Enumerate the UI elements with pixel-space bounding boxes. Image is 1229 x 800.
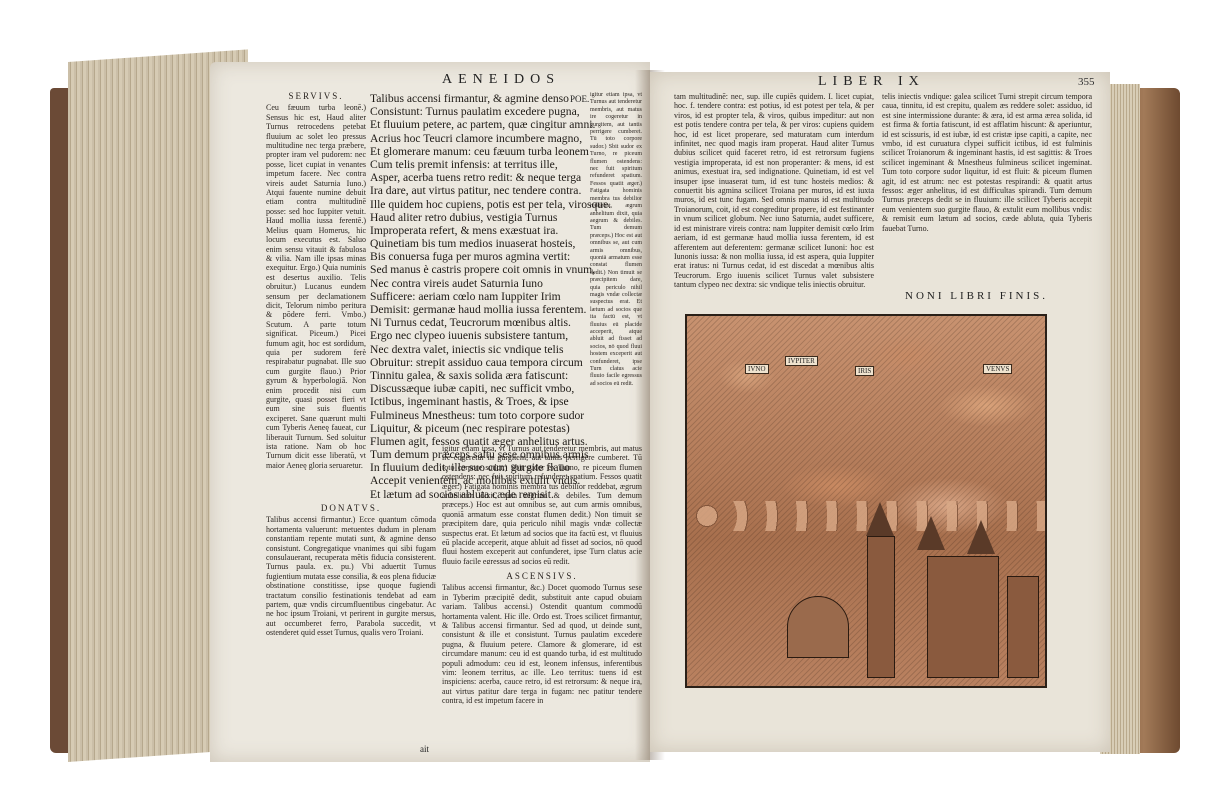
- verse-line: Acrius hoc Teucri clamore incumbere magn…: [370, 132, 611, 145]
- verse-line: Sufficere: aeriam cœlo nam Iuppiter Irim: [370, 290, 611, 303]
- verse-line: Sed manus è castris propere coit omnis i…: [370, 263, 611, 276]
- verse-line: Liquitur, & piceum (nec respirare potest…: [370, 422, 611, 435]
- verse-line: Asper, acerba tuens retro redit: & neque…: [370, 171, 611, 184]
- verse-line: Haud aliter retro dubius, vestigia Turnu…: [370, 211, 611, 224]
- margin-note-poe: POE.: [570, 94, 589, 104]
- verse-line: Ni Turnus cedat, Teucrorum mœnibus altis…: [370, 316, 611, 329]
- verse-line: Consistunt: Turnus paulatim excedere pug…: [370, 105, 611, 118]
- donatus-commentary: DONATVS. Talibus accensi firmantur.) Ecc…: [266, 502, 436, 742]
- verse-line: Obruitur: strepit assiduo caua tempora c…: [370, 356, 611, 369]
- woodcut-tower: [867, 536, 895, 678]
- right-commentary-right-column: telis iniectis vndique: galea scilicet T…: [882, 92, 1092, 282]
- verse-line: Improperata refert, & mens exæstuat ira.: [370, 224, 611, 237]
- verse-line: Fulmineus Mnestheus: tum toto corpore su…: [370, 409, 611, 422]
- scroll-label-iris: IRIS: [855, 366, 874, 376]
- running-head-left: AENEIDOS: [442, 72, 560, 88]
- woodcut-castle: [927, 556, 999, 678]
- woodcut-tower: [1007, 576, 1039, 678]
- ascensius-heading: ASCENSIVS.: [442, 572, 642, 581]
- ascensius-text: Talibus accensi firmantur, &c.) Docet qu…: [442, 583, 642, 705]
- scroll-label-iupiter: IVPITER: [785, 356, 818, 366]
- woodcut-roof: [967, 520, 995, 554]
- book-end-title: NONI LIBRI FINIS.: [905, 290, 1048, 302]
- left-page: AENEIDOS SERVIVS. Ceu fæuum turba leonē.…: [210, 62, 650, 762]
- verse-line: Discussæque iubæ capiti, nec sufficit vm…: [370, 382, 611, 395]
- woodcut-illustration: IVNO IVPITER IRIS VENVS: [685, 314, 1047, 688]
- open-book: AENEIDOS SERVIVS. Ceu fæuum turba leonē.…: [0, 0, 1229, 800]
- servius-commentary: SERVIVS. Ceu fæuum turba leonē.) Sensus …: [266, 90, 366, 500]
- donatus-text: Talibus accensi firmantur.) Ecce quantum…: [266, 515, 436, 637]
- donatus-heading: DONATVS.: [266, 504, 436, 513]
- verse-line: Ictibus, ingeminant hastis, & Troes, & i…: [370, 395, 611, 408]
- verse-line: Nec contra vireis audet Saturnia Iuno: [370, 277, 611, 290]
- scroll-label-iuno: IVNO: [745, 364, 769, 374]
- scroll-label-venus: VENVS: [983, 364, 1012, 374]
- woodcut-horseman: [787, 596, 849, 658]
- verse-line: Quinetiam bis tum medios inuaserat hoste…: [370, 237, 611, 250]
- woodcut-roof: [917, 516, 945, 550]
- servius-heading: SERVIVS.: [266, 92, 366, 101]
- verse-line: Ergo nec clypeo iuuenis subsistere tantu…: [370, 329, 611, 342]
- verse-line: Tinnitu galea, & saxis solida æra fatisc…: [370, 369, 611, 382]
- verse-line: Bis conuersa fuga per muros agmina verti…: [370, 250, 611, 263]
- woodcut-roof: [866, 502, 894, 536]
- servius-text: Ceu fæuum turba leonē.) Sensus hic est, …: [266, 103, 366, 470]
- verse-line: Et fluuium petere, ac partem, quæ cingit…: [370, 118, 611, 131]
- ascensius-commentary: ASCENSIVS. Talibus accensi firmantur, &c…: [442, 570, 642, 740]
- page-number: 355: [1078, 76, 1095, 88]
- catchword: ait: [420, 744, 429, 754]
- running-head-right: LIBER IX: [818, 74, 925, 90]
- center-commentary: igitur etiam ipsa, vt Turnus aut tendere…: [442, 444, 642, 564]
- verse-line: Nec dextra valet, iniectis sic vndique t…: [370, 343, 611, 356]
- verse-line: Ira dare, aut virtus patitur, nec tender…: [370, 184, 611, 197]
- verse-block: Talibus accensi firmantur, & agmine dens…: [370, 92, 611, 501]
- verse-line: Cum telis premit infensis: at territus i…: [370, 158, 611, 171]
- verse-line: Ille quidem hoc cupiens, potis est per t…: [370, 198, 611, 211]
- right-commentary-left-column: tam multitudinē: nec, sup. ille cupiēs q…: [674, 92, 874, 302]
- verse-line: Et glomerare manum: ceu fæuum turba leon…: [370, 145, 611, 158]
- verse-line: Demisit: germanæ haud mollia iussa feren…: [370, 303, 611, 316]
